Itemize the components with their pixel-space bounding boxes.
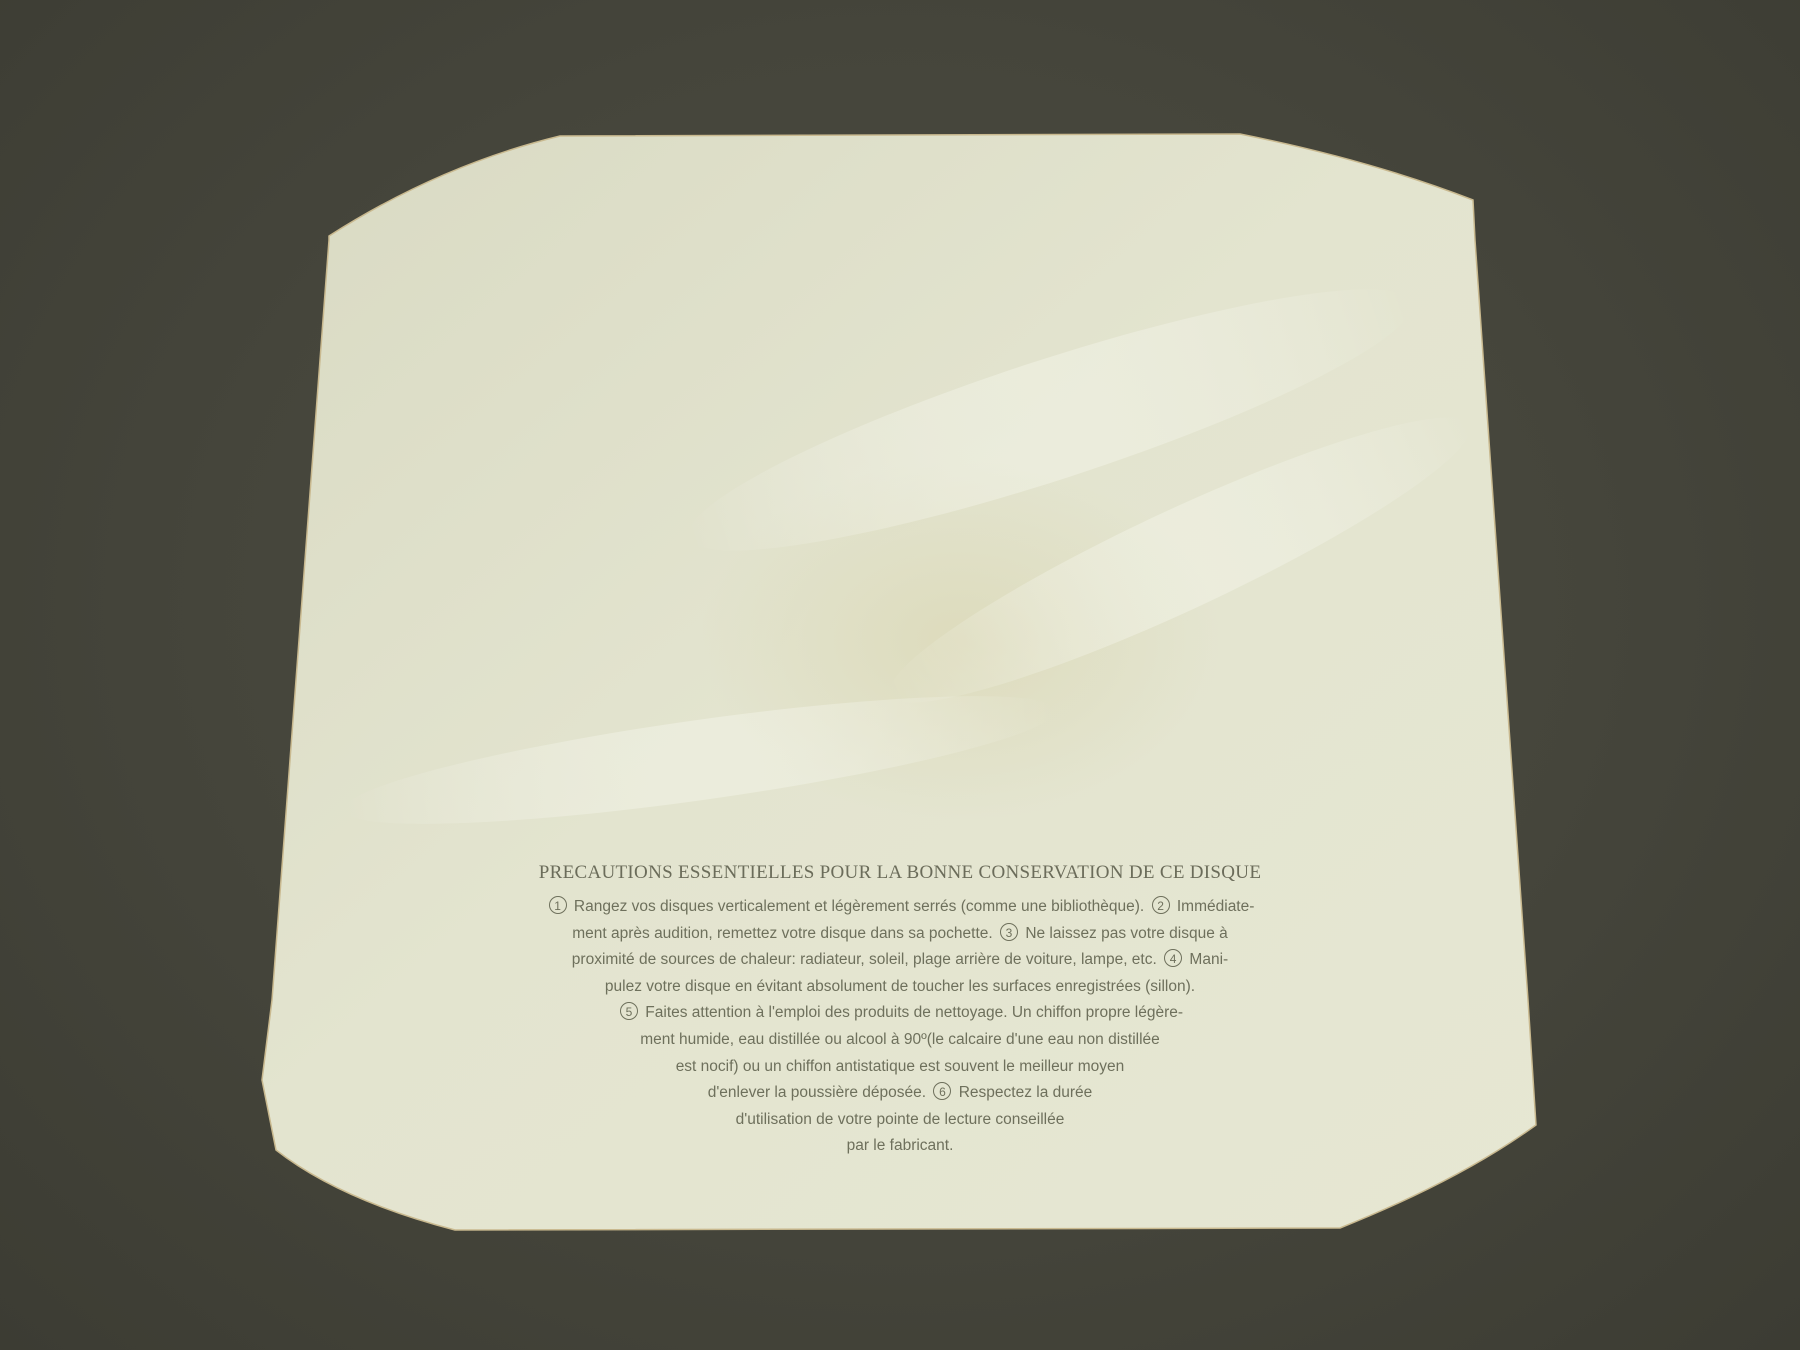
instruction-line: pulez votre disque en évitant absolument… — [420, 974, 1380, 1001]
instructions-body: 1 Rangez vos disques verticalement et lé… — [420, 894, 1380, 1160]
circled-number-6: 6 — [933, 1082, 951, 1100]
circled-number-2: 2 — [1152, 896, 1170, 914]
instruction-line: ment humide, eau distillée ou alcool à 9… — [420, 1027, 1380, 1054]
photo-scene: PRECAUTIONS ESSENTIELLES POUR LA BONNE C… — [0, 0, 1800, 1350]
instruction-line: par le fabricant. — [420, 1133, 1380, 1160]
care-instructions: PRECAUTIONS ESSENTIELLES POUR LA BONNE C… — [420, 862, 1380, 1160]
instruction-line: ment après audition, remettez votre disq… — [420, 921, 1380, 948]
instruction-line: 1 Rangez vos disques verticalement et lé… — [420, 894, 1380, 921]
circled-number-3: 3 — [1000, 923, 1018, 941]
circled-number-4: 4 — [1164, 949, 1182, 967]
instruction-line: d'utilisation de votre pointe de lecture… — [420, 1107, 1380, 1134]
instruction-line: proximité de sources de chaleur: radiate… — [420, 947, 1380, 974]
instruction-line: est nocif) ou un chiffon antistatique es… — [420, 1054, 1380, 1081]
instruction-line: 5 Faites attention à l'emploi des produi… — [420, 1000, 1380, 1027]
instruction-line: d'enlever la poussière déposée. 6 Respec… — [420, 1080, 1380, 1107]
circled-number-1: 1 — [549, 896, 567, 914]
circled-number-5: 5 — [620, 1002, 638, 1020]
instructions-heading: PRECAUTIONS ESSENTIELLES POUR LA BONNE C… — [420, 862, 1380, 884]
